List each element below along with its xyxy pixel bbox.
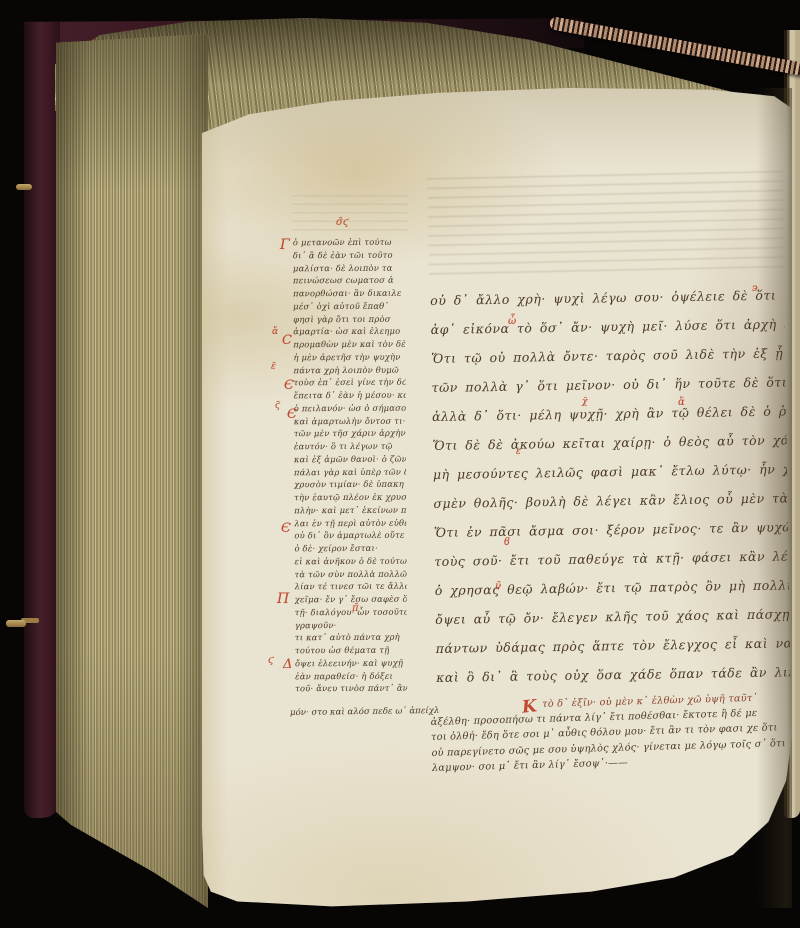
commentary-line: τὴν ἑαυτῷ πλέον ἐκ χρυσοῦ xyxy=(294,491,406,504)
commentary-line: καὶ ἐξ ἁμῶν θανοὶ· ὁ ζῶν xyxy=(294,452,406,465)
commentary-line: ὁ δὲ· χείρον ἔσται· xyxy=(294,542,406,555)
commentary-line: καὶ ἁμαρτωλὴν ὄντοσ τι· xyxy=(294,414,406,427)
commentary-line: ὁ πειλανόν· ὡσ ὁ σήμασον· xyxy=(294,401,406,414)
left-commentary-column: ὁ μετανοῶν ἐπὶ τούτωδι᾽ ἃ δὲ ἐὰν τῶι τοῦ… xyxy=(293,236,407,696)
page-stack-fore-edge xyxy=(56,34,208,908)
commentary-line: τῇ· διαλόγου· ὧν τοσοῦτοσ xyxy=(295,605,407,618)
commentary-line: προμαθὼν μὲν καὶ τὸν δὲ xyxy=(293,338,405,351)
commentary-line: πλὴν· καὶ μετ᾽ ἐκείνων πά xyxy=(294,503,406,516)
commentary-line: τι κατ᾽ αὐτὸ πάντα χρὴ xyxy=(295,631,407,644)
commentary-line: ὄψει ἐλεεινήν· καὶ ψυχῇ xyxy=(295,656,407,669)
main-text-line: καὶ ὃ δι᾽ ἃ τοὺς οὐχ ὅσα χάδε ὅπαν τάδε … xyxy=(436,657,790,692)
commentary-line: πάλαι γὰρ καὶ ὑπὲρ τῶν δὲ xyxy=(294,465,406,478)
commentary-line: δι᾽ ἃ δὲ ἐὰν τῶι τοῦτο xyxy=(293,248,405,261)
commentary-line: τοῦ· ἄνευ τινὸσ πάντ᾽ ἂν xyxy=(295,682,407,695)
commentary-line: χεῖμα· ἔν γ᾽ ἔσω σαφὲσ ὅτι xyxy=(295,593,407,606)
commentary-line: εἰ καὶ ἀνῆκον ὁ δὲ τούτων xyxy=(294,554,406,567)
commentary-line: λαι ἐν τῇ περὶ αὐτὸν εὐθέωσ xyxy=(294,516,406,529)
commentary-line: ἑαυτόν· ὃ τι λέγων τῷ xyxy=(294,440,406,453)
commentary-line: μαλίστα· δὲ λοιπὸν τα xyxy=(293,261,405,274)
commentary-line: γραψοῦν· xyxy=(295,618,407,631)
commentary-line: ἁμαρτία· ὡσ καὶ ἐλεημο xyxy=(293,325,405,338)
book-cover-left xyxy=(24,22,60,818)
commentary-line: χρυσὸν τιμίαν· δὲ ὑπακη xyxy=(294,478,406,491)
commentary-line: πανορθώσαι· ἂν δικαιλε xyxy=(293,287,405,300)
colophon-paragraph: τὸ δ᾽ ἐξῖν· οὐ μὲν κ᾽ ἐλθὼν χῶ ὑψῆ ταῦτ᾽… xyxy=(430,690,790,776)
commentary-line: τούτου ὡσ θέματα τῇ xyxy=(295,644,407,657)
commentary-line: πάντα χρὴ λοιπὸν θυμῶ xyxy=(293,363,405,376)
commentary-line: τῶν μὲν τῆσ χάριν ἀρχὴν xyxy=(294,427,406,440)
verso-showthrough-band xyxy=(427,164,785,275)
commentary-line: λίαν τέ τινεσ τῶι τε ἄλλοισ τῇ xyxy=(295,580,407,593)
commentary-line: οὐ δι᾽ ὃν ἁμαρτωλὲ οὔτε xyxy=(294,529,406,542)
commentary-line: μέσ᾽ ὀχὶ αὐτοῦ ἔπαθ᾽ xyxy=(293,299,405,312)
clasp-pin-bottom xyxy=(6,620,26,627)
commentary-line: ἡ μὲν ἀρετῆσ τὴν ψυχὴν xyxy=(293,350,405,363)
commentary-line: ὁ μετανοῶν ἐπὶ τούτω xyxy=(293,236,405,249)
commentary-line: ἐὰν παραθείσ· ἡ δόξει xyxy=(295,669,407,682)
commentary-line: τὰ τῶν σὺν πολλὰ πολλῶν xyxy=(295,567,407,580)
verso-showthrough-band-left xyxy=(292,188,408,232)
commentary-line: πεινώσεωσ ϲωματοσ ἀ xyxy=(293,274,405,287)
commentary-line: ἔπειτα δ᾽ ἐὰν ἡ μέσου· καὶ xyxy=(294,389,406,402)
commentary-line: φησὶ γὰρ ὅτι τοι πρὸσ xyxy=(293,312,405,325)
manuscript-photo: ὁ μετανοῶν ἐπὶ τούτωδι᾽ ἃ δὲ ἐὰν τῶι τοῦ… xyxy=(0,0,800,928)
commentary-tail-line: μόν· στο καὶ αλόσ πεδε ω᾽ ἀπείχλονται· xyxy=(290,705,440,720)
main-text-column: οὐ δ᾽ ἄλλο χρὴ· ψυχὶ λέγω σου· ὀψέλειε δ… xyxy=(430,280,790,692)
clasp-pin-top xyxy=(16,184,32,190)
commentary-line: τοὺσ ἐπ᾽ ἐσεὶ γίνε τὴν δό xyxy=(294,376,406,389)
